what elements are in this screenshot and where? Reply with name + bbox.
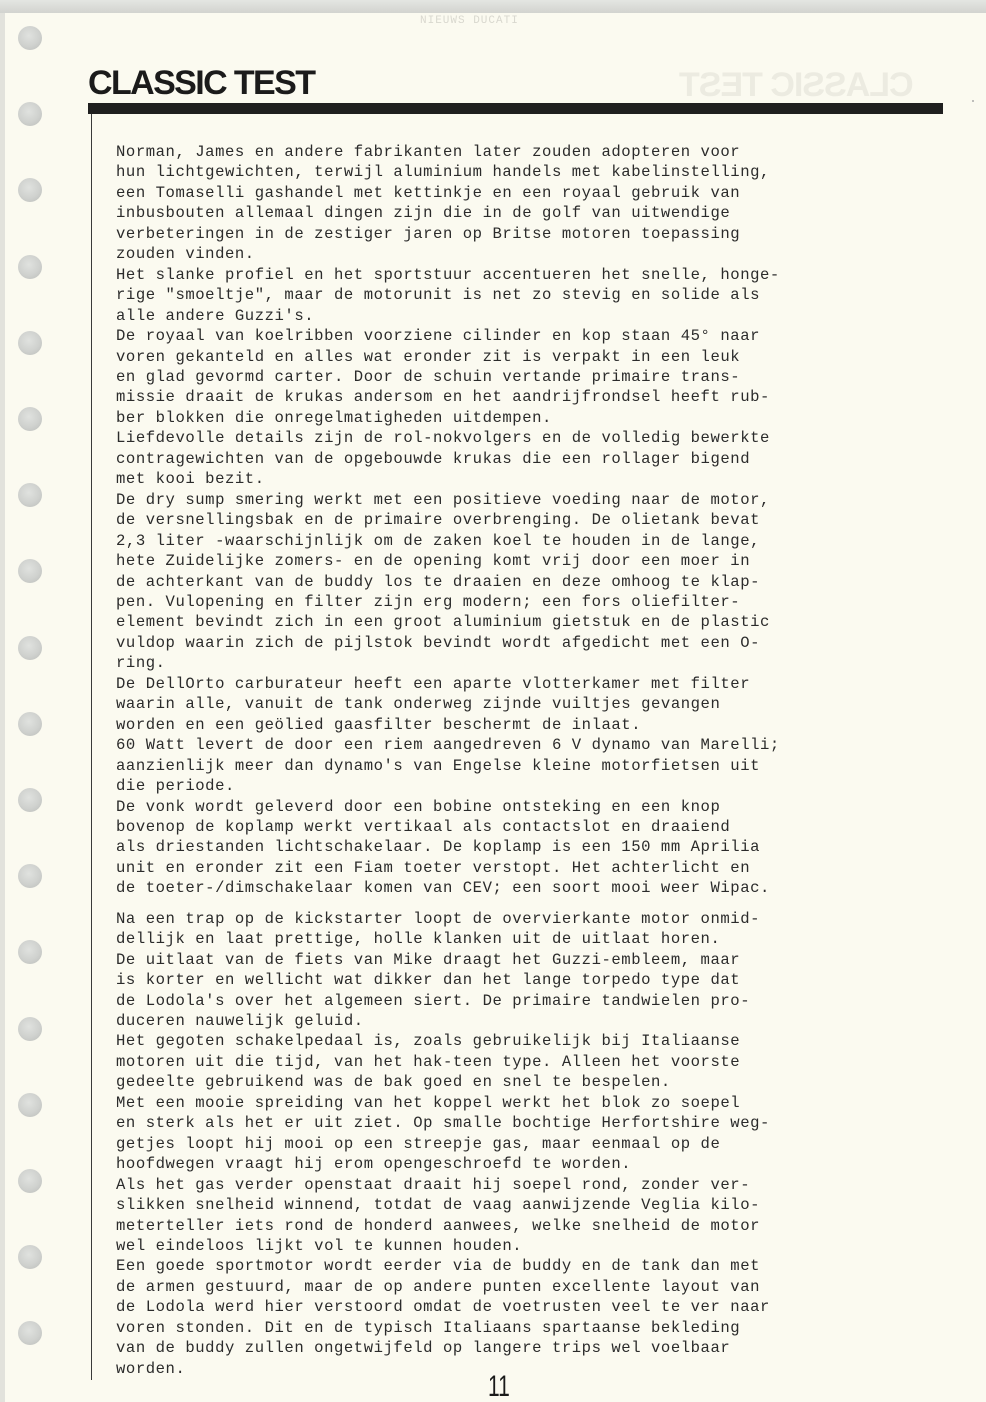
scan-top-edge: [0, 0, 986, 13]
text-line: de toeter-/dimschakelaar komen van CEV; …: [116, 878, 956, 898]
binder-holes: [18, 0, 48, 1402]
text-line: worden.: [116, 1359, 956, 1379]
scan-left-edge: [0, 13, 5, 1402]
text-line: een Tomaselli gashandel met kettinkje en…: [116, 183, 956, 203]
binder-hole-icon: [18, 712, 42, 736]
binder-hole-icon: [18, 483, 42, 507]
text-line: voren gekanteld en alles wat eronder zit…: [116, 347, 956, 367]
section-title: CLASSIC TEST: [88, 64, 314, 103]
text-line: en sterk als het er uit ziet. Op smalle …: [116, 1113, 956, 1133]
text-line: inbusbouten allemaal dingen zijn die in …: [116, 203, 956, 223]
text-line: Als het gas verder openstaat draait hij …: [116, 1175, 956, 1195]
text-line: waarin alle, vanuit de tank onderweg zij…: [116, 694, 956, 714]
binder-hole-icon: [18, 1321, 42, 1345]
text-line: dellijk en laat prettige, holle klanken …: [116, 929, 956, 949]
binder-hole-icon: [18, 788, 42, 812]
page-number: 11: [488, 1370, 510, 1402]
text-line: getjes loopt hij mooi op een streepje ga…: [116, 1134, 956, 1154]
bleed-through-title: CLASSIC TEST: [680, 66, 914, 105]
binder-hole-icon: [18, 1017, 42, 1041]
paragraph: 60 Watt levert de door een riem aangedre…: [116, 735, 956, 796]
text-line: verbeteringen in de zestiger jaren op Br…: [116, 224, 956, 244]
column-frame-line: [91, 114, 92, 1380]
text-line: hun lichtgewichten, terwijl aluminium ha…: [116, 162, 956, 182]
text-line: wel eindeloos lijkt vol te kunnen houden…: [116, 1236, 956, 1256]
paragraph: De vonk wordt geleverd door een bobine o…: [116, 797, 956, 899]
text-line: Met een mooie spreiding van het koppel w…: [116, 1093, 956, 1113]
binder-hole-icon: [18, 26, 42, 50]
article-body: Norman, James en andere fabrikanten late…: [116, 142, 956, 1379]
binder-hole-icon: [18, 559, 42, 583]
text-line: en glad gevormd carter. Door de schuin v…: [116, 367, 956, 387]
text-line: aanzienlijk meer dan dynamo's van Engels…: [116, 756, 956, 776]
text-line: unit en eronder zit een Fiam toeter vers…: [116, 858, 956, 878]
text-line: 60 Watt levert de door een riem aangedre…: [116, 735, 956, 755]
text-line: ber blokken die onregelmatigheden uitdem…: [116, 408, 956, 428]
binder-hole-icon: [18, 102, 42, 126]
text-line: Het gegoten schakelpedaal is, zoals gebr…: [116, 1031, 956, 1051]
text-line: alle andere Guzzi's.: [116, 306, 956, 326]
title-rule: [88, 103, 943, 114]
text-line: element bevindt zich in een groot alumin…: [116, 612, 956, 632]
text-line: De DellOrto carburateur heeft een aparte…: [116, 674, 956, 694]
text-line: Na een trap op de kickstarter loopt de o…: [116, 909, 956, 929]
paragraph: Als het gas verder openstaat draait hij …: [116, 1175, 956, 1257]
paragraph: Norman, James en andere fabrikanten late…: [116, 142, 956, 265]
text-line: als driestanden lichtschakelaar. De kopl…: [116, 837, 956, 857]
text-line: motoren uit die tijd, van het hak-teen t…: [116, 1052, 956, 1072]
binder-hole-icon: [18, 940, 42, 964]
text-line: meterteller iets rond de honderd aanwees…: [116, 1216, 956, 1236]
text-line: duceren nauwelijk geluid.: [116, 1011, 956, 1031]
text-line: de armen gestuurd, maar de op andere pun…: [116, 1277, 956, 1297]
binder-hole-icon: [18, 407, 42, 431]
text-line: Norman, James en andere fabrikanten late…: [116, 142, 956, 162]
text-line: die periode.: [116, 776, 956, 796]
text-line: Liefdevolle details zijn de rol-nokvolge…: [116, 428, 956, 448]
text-line: 2,3 liter -waarschijnlijk om de zaken ko…: [116, 531, 956, 551]
paragraph: Het gegoten schakelpedaal is, zoals gebr…: [116, 1031, 956, 1092]
text-line: voren stonden. Dit en de typisch Italiaa…: [116, 1318, 956, 1338]
text-line: De royaal van koelribben voorziene cilin…: [116, 326, 956, 346]
text-line: De dry sump smering werkt met een positi…: [116, 490, 956, 510]
text-line: Een goede sportmotor wordt eerder via de…: [116, 1256, 956, 1276]
text-line: de achterkant van de buddy los te draaie…: [116, 572, 956, 592]
binder-hole-icon: [18, 331, 42, 355]
text-line: met kooi bezit.: [116, 469, 956, 489]
text-line: de Lodola werd hier verstoord omdat de v…: [116, 1297, 956, 1317]
text-line: ring.: [116, 653, 956, 673]
text-line: zouden vinden.: [116, 244, 956, 264]
text-line: de versnellingsbak en de primaire overbr…: [116, 510, 956, 530]
paragraph: De dry sump smering werkt met een positi…: [116, 490, 956, 674]
bleed-through-header: NIEUWS DUCATI: [420, 15, 519, 27]
binder-hole-icon: [18, 255, 42, 279]
text-line: slikken snelheid winnend, totdat de vaag…: [116, 1195, 956, 1215]
paragraph: Een goede sportmotor wordt eerder via de…: [116, 1256, 956, 1379]
text-line: van de buddy zullen ongetwijfeld op lang…: [116, 1338, 956, 1358]
text-line: missie draait de krukas andersom en het …: [116, 387, 956, 407]
text-line: hete Zuidelijke zomers- en de opening ko…: [116, 551, 956, 571]
paragraph: Liefdevolle details zijn de rol-nokvolge…: [116, 428, 956, 489]
paragraph: Het slanke profiel en het sportstuur acc…: [116, 265, 956, 326]
binder-hole-icon: [18, 178, 42, 202]
text-line: de Lodola's over het algemeen siert. De …: [116, 991, 956, 1011]
paragraph: De royaal van koelribben voorziene cilin…: [116, 326, 956, 428]
binder-hole-icon: [18, 864, 42, 888]
text-line: De uitlaat van de fiets van Mike draagt …: [116, 950, 956, 970]
paragraph: De DellOrto carburateur heeft een aparte…: [116, 674, 956, 735]
binder-hole-icon: [18, 1245, 42, 1269]
text-line: contragewichten van de opgebouwde krukas…: [116, 449, 956, 469]
paragraph: Na een trap op de kickstarter loopt de o…: [116, 909, 956, 950]
text-line: is korter en wellicht wat dikker dan het…: [116, 970, 956, 990]
paragraph: Met een mooie spreiding van het koppel w…: [116, 1093, 956, 1175]
text-line: worden en een geölied gaasfilter bescher…: [116, 715, 956, 735]
text-line: vuldop waarin zich de pijlstok bevindt w…: [116, 633, 956, 653]
paragraph: De uitlaat van de fiets van Mike draagt …: [116, 950, 956, 1032]
text-line: rige "smoeltje", maar de motorunit is ne…: [116, 285, 956, 305]
text-line: hoofdwegen vraagt hij erom opengeschroef…: [116, 1154, 956, 1174]
text-line: pen. Vulopening en filter zijn erg moder…: [116, 592, 956, 612]
text-line: De vonk wordt geleverd door een bobine o…: [116, 797, 956, 817]
binder-hole-icon: [18, 1093, 42, 1117]
text-line: gedeelte gebruikend was de bak goed en s…: [116, 1072, 956, 1092]
binder-hole-icon: [18, 1169, 42, 1193]
text-line: Het slanke profiel en het sportstuur acc…: [116, 265, 956, 285]
text-line: bovenop de koplamp werkt vertikaal als c…: [116, 817, 956, 837]
binder-hole-icon: [18, 636, 42, 660]
scan-speck: [972, 100, 974, 102]
